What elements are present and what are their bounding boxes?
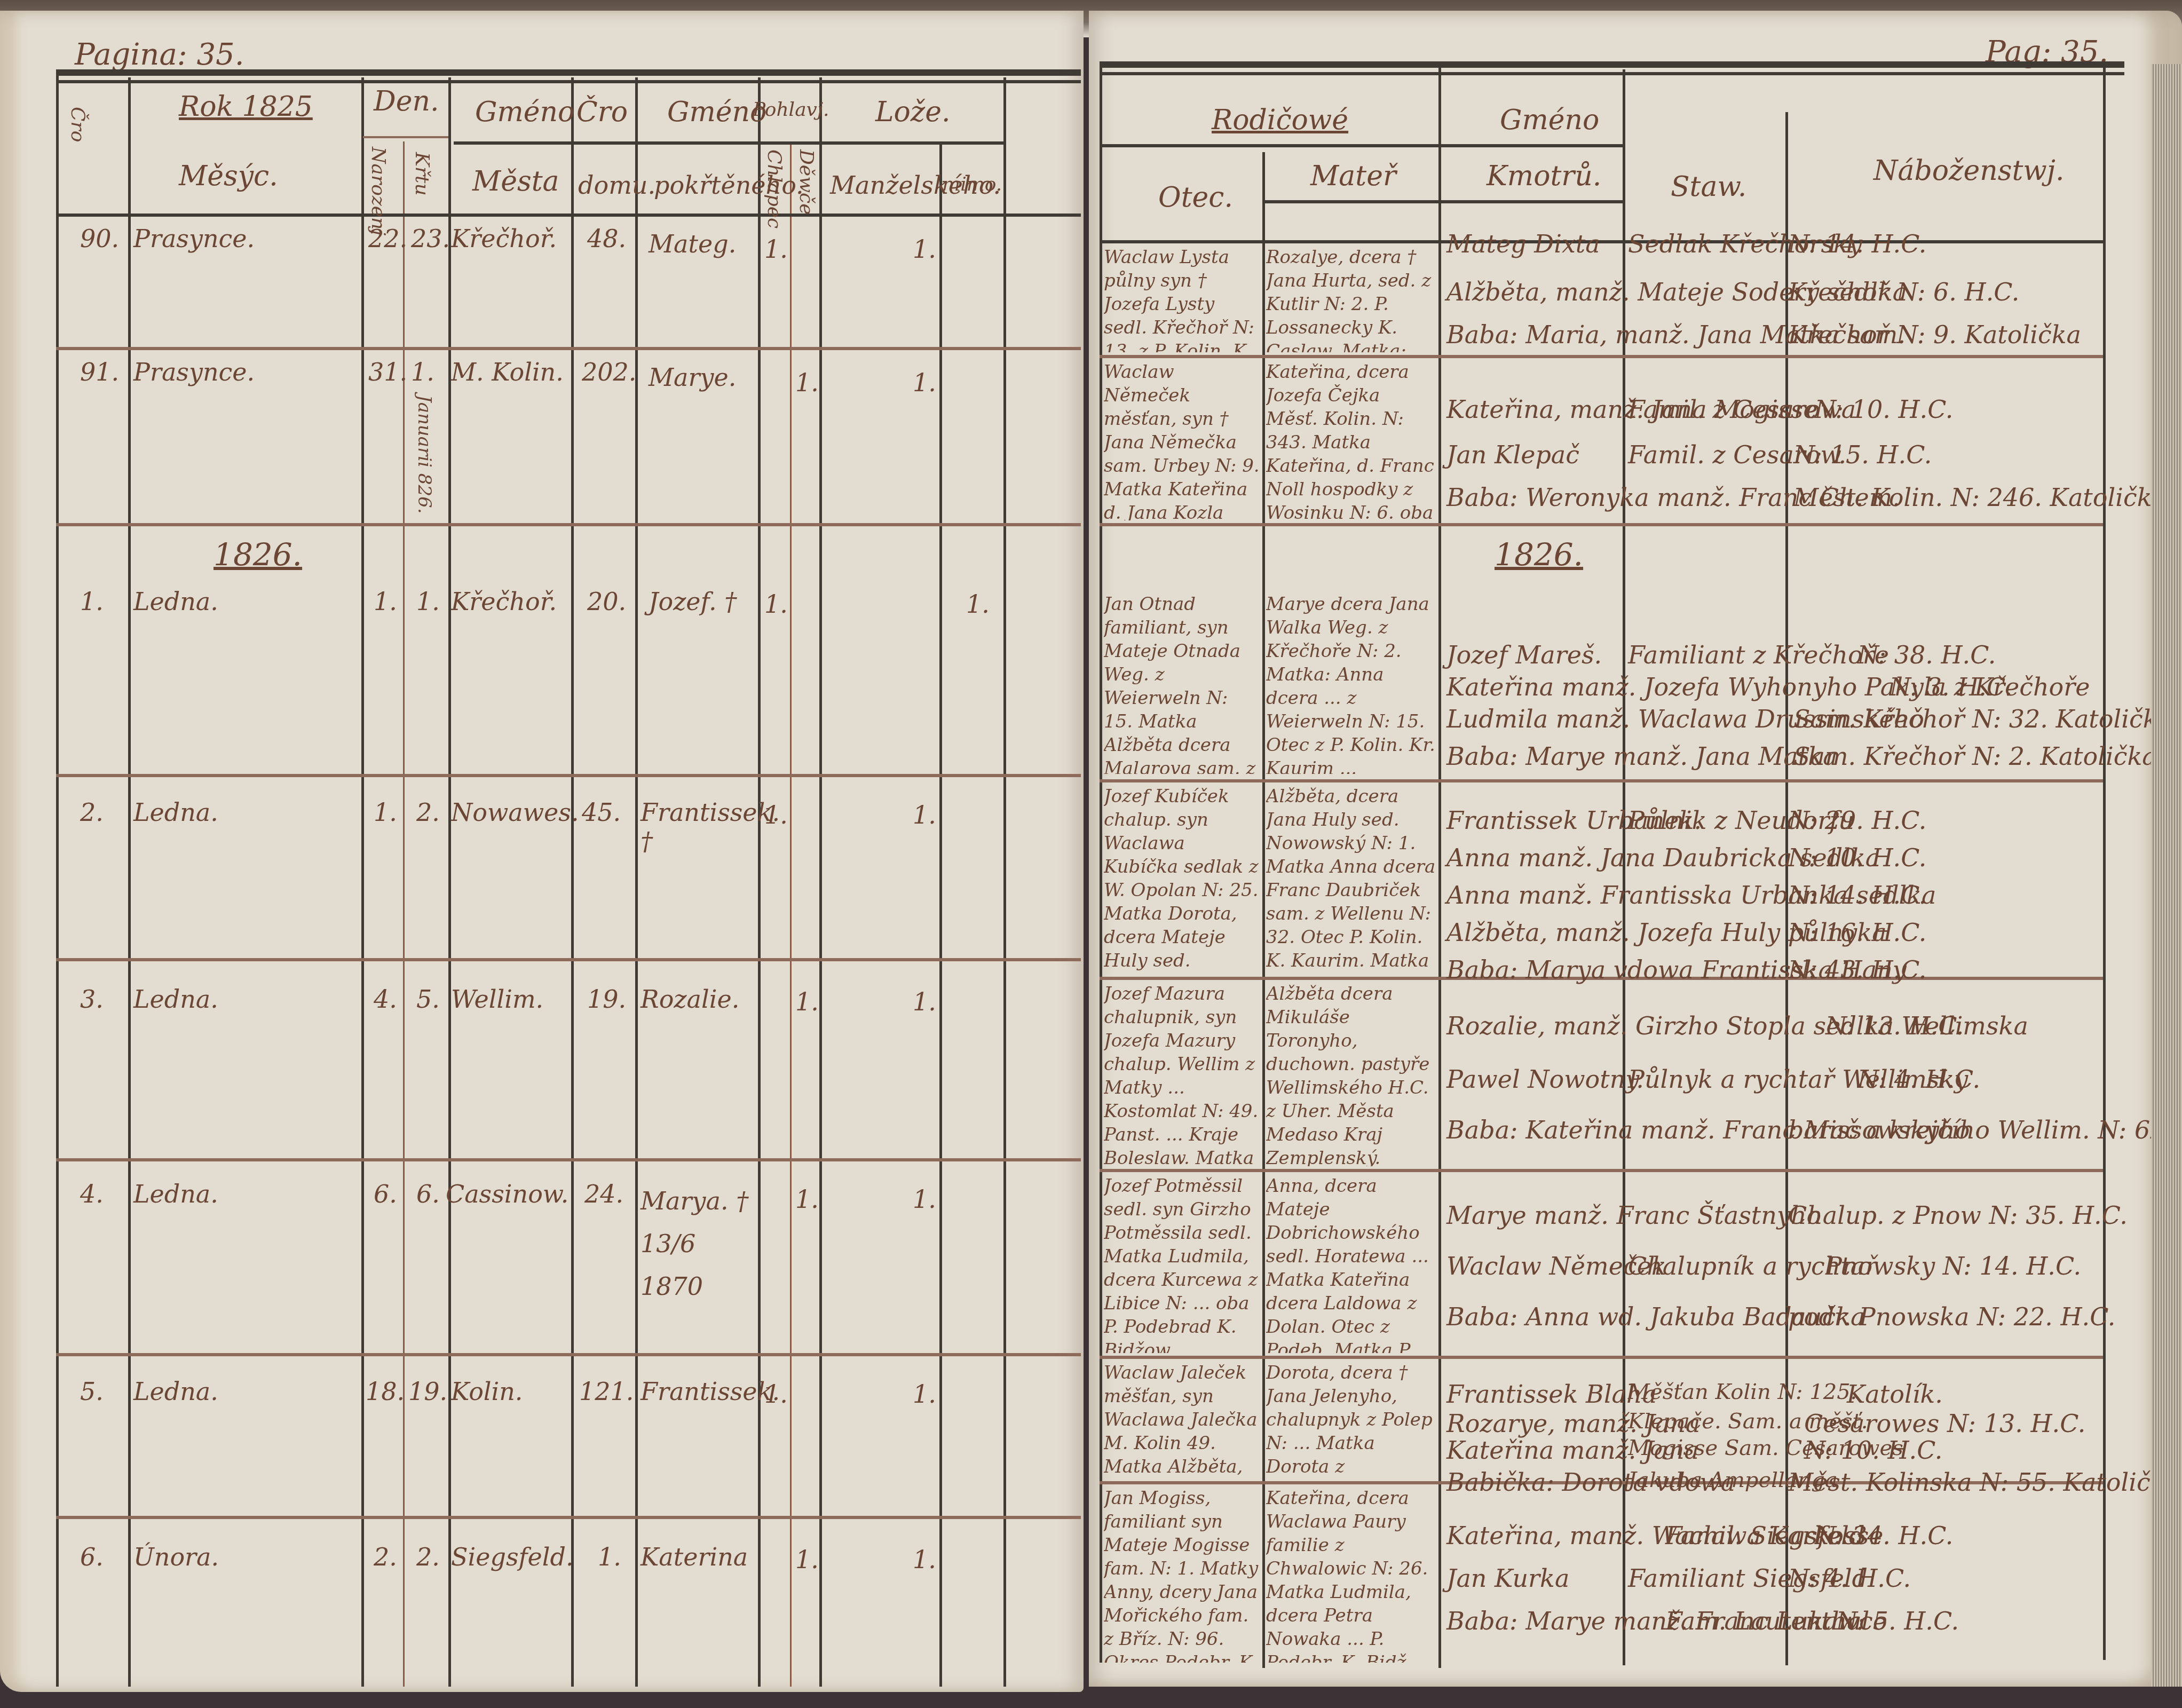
entry-name: Marye. (649, 363, 736, 392)
header-top-rule-2 (1100, 72, 2124, 75)
father-entry: Jan Otnad familiant, syn Mateje Otnada W… (1104, 592, 1261, 774)
entry-baptized: 23. (411, 224, 450, 253)
religion: N: 10. H.C. (1815, 395, 1953, 424)
header-mid-rule-2 (1265, 200, 1623, 203)
entry-number: 91. (80, 358, 119, 386)
godparent: Marye manž. Franc Šťastnyho (1446, 1201, 1821, 1230)
father-entry: Jozef Mazura chalupnik, syn Jozefa Mazur… (1104, 982, 1261, 1166)
header-mater: Mateř (1310, 160, 1396, 192)
header-top-rule-2 (56, 80, 1081, 83)
header-kmotru: Kmotrů. (1487, 160, 1601, 192)
col-rule (128, 77, 131, 1687)
father-entry: Jozef Potměssil sedl. syn Girzho Potměss… (1104, 1174, 1261, 1353)
header-mid-rule (1100, 144, 1623, 147)
year-divider-left: 1826. (214, 536, 302, 573)
mother-entry: Kateřina, dcera Waclawa Paury familie z … (1266, 1486, 1437, 1663)
entry-girl: 1. (795, 1185, 819, 1214)
entry-place: Kolin. (451, 1377, 523, 1406)
godparent: Jan Klepač (1446, 440, 1579, 469)
religion: Křečhoř N: 9. Katolička (1788, 320, 2081, 349)
mother-entry: Dorota, dcera † Jana Jelenyho, chalupnyk… (1266, 1361, 1437, 1478)
col-rule (1438, 61, 1441, 1668)
header-bottom-rule (1100, 240, 2103, 243)
col-rule (1100, 61, 1102, 1663)
mother-entry: Marye dcera Jana Walka Weg. z Křečhoře N… (1266, 592, 1437, 774)
entry-month: Prasynce. (133, 358, 255, 386)
col-rule (571, 77, 574, 1687)
row-rule (1100, 1169, 2103, 1172)
left-page: Pagina: 35. Čro Rok 1825 Měsýc. Den. Nar… (0, 11, 1084, 1692)
col-rule (790, 144, 792, 1687)
row-rule (56, 1353, 1081, 1356)
row-rule (56, 1158, 1081, 1161)
header-mesic: Měsýc. (179, 160, 278, 192)
entry-baptized: 2. (416, 798, 440, 827)
col-rule (56, 69, 59, 1687)
header-mesta: Města (472, 165, 559, 197)
entry-month: Ledna. (133, 798, 218, 827)
header-rodicove: Rodičowé (1212, 104, 1348, 136)
status: Familiant z Křečhoře (1628, 640, 1889, 669)
row-rule (56, 1516, 1081, 1519)
col-rule (819, 77, 822, 1687)
entry-name: Marya. † 13/6 1870 (641, 1180, 758, 1308)
godparent: Baba: Marye manž. Jana Matka (1446, 742, 1838, 771)
entry-month: Ledna. (133, 985, 218, 1014)
mother-entry: Alžběta, dcera Jana Huly sed. Nowowský N… (1266, 785, 1437, 974)
entry-born: 4. (374, 985, 397, 1014)
religion: Měst. Kolinska N: 55. Katolička (1788, 1468, 2180, 1497)
entry-name: Frantissek. † (641, 798, 758, 856)
religion: N: 43. H.C. (1788, 955, 1926, 984)
col-rule (939, 144, 942, 1687)
religion: Pnowsky N: 14. H.C. (1825, 1252, 2081, 1280)
entry-name: Katerina (641, 1543, 748, 1571)
religion: N: 13. H.C. (1825, 1011, 1964, 1040)
row-rule (56, 347, 1081, 350)
entry-born: 1. (374, 798, 397, 827)
religion: N: 14. H.C. (1788, 230, 1926, 258)
entry-baptized: 1. (411, 358, 434, 386)
godparent: Jan Kurka (1446, 1564, 1569, 1593)
header-pohlavi: Pohlavj. (753, 99, 829, 121)
religion: N: 3. H.C. (1890, 673, 2012, 701)
religion: Měst. Kolin. N: 246. Katolička (1793, 483, 2167, 512)
entry-born: 6. (374, 1180, 397, 1208)
header-cislo: Čro (67, 107, 89, 142)
religion: Chalup. z Pnow N: 35. H.C. (1788, 1201, 2128, 1230)
entry-month: Prasynce. (133, 224, 255, 253)
entry-girl: 1. (795, 1545, 819, 1574)
entry-house: 121. (579, 1377, 634, 1406)
entry-boy: 1. (764, 235, 788, 264)
header-jmeno: Gméno (1500, 104, 1599, 136)
religion: N: 29. H.C. (1788, 806, 1926, 835)
entry-house: 1. (598, 1543, 621, 1571)
col-rule (1003, 77, 1006, 1687)
father-entry: Jan Mogiss, familiant syn Mateje Mogisse… (1104, 1486, 1261, 1663)
entry-name: Jozef. † (649, 587, 755, 616)
religion: Křečhoř N: 6. H.C. (1788, 278, 2019, 306)
row-rule (56, 958, 1081, 961)
entry-baptized: 2. (416, 1543, 440, 1571)
father-entry: Waclaw Lysta půlny syn † Jozefa Lysty se… (1104, 246, 1261, 352)
entry-number: 90. (80, 224, 119, 253)
entry-girl: 1. (795, 987, 819, 1016)
entry-legit: 1. (913, 1545, 936, 1574)
entry-legit: 1. (913, 235, 936, 264)
entry-place: Křečhoř. (451, 587, 557, 616)
entry-baptized: 5. (416, 985, 440, 1014)
entry-month: Února. (133, 1543, 219, 1571)
entry-month: Ledna. (133, 587, 218, 616)
entry-legit: 1. (913, 801, 936, 829)
col-rule (361, 77, 364, 1687)
page-number-left: Pagina: 35. (75, 37, 244, 72)
entry-number: 4. (80, 1180, 104, 1208)
entry-born: 1. (374, 587, 397, 616)
religion: N: 38. H.C. (1857, 640, 1996, 669)
header-otec: Otec. (1158, 181, 1233, 213)
religion: Katolík. (1847, 1380, 1943, 1409)
entry-place: Wellim. (451, 985, 543, 1014)
religion: N: 14. H.C. (1788, 881, 1926, 910)
mother-entry: Rozalye, dcera † Jana Hurta, sed. z Kutl… (1266, 246, 1437, 352)
entry-boy: 1. (764, 1380, 788, 1409)
header-top-rule (1100, 61, 2124, 68)
mother-entry: Anna, dcera Mateje Dobrichowského sedl. … (1266, 1174, 1437, 1353)
entry-baptized: 1. (416, 587, 440, 616)
header-chlapec: Chlapec (763, 149, 785, 228)
header-den: Den. (374, 85, 439, 117)
header-den-rule (363, 136, 448, 138)
mother-entry: Alžběta dcera Mikuláše Toronyho, duchown… (1266, 982, 1437, 1166)
header-mid-rule (454, 141, 1003, 145)
godparent: Frantissek Blaha (1446, 1380, 1657, 1409)
header-den-narozeni: Narozenj (367, 147, 389, 235)
entry-girl: 1. (795, 368, 819, 397)
header-rok: Rok 1825 (179, 91, 313, 123)
mother-entry: Kateřina, dcera Jozefa Čejka Měsť. Kolin… (1266, 360, 1437, 520)
entry-month: Ledna. (133, 1377, 218, 1406)
religion: N: 4. H.C. (1857, 1065, 1980, 1094)
entry-born: 2. (374, 1543, 397, 1571)
entry-name: Mateg. (649, 230, 736, 258)
entry-number: 3. (80, 985, 104, 1014)
status: Měšťan Kolin N: 125. (1628, 1380, 1857, 1404)
entry-place: Cassinow. (446, 1180, 568, 1208)
entry-number: 5. (80, 1377, 104, 1406)
header-jmeno-mesta: Gméno (475, 96, 574, 128)
entry-born: 22. (368, 224, 407, 253)
entry-legit: 1. (913, 1380, 936, 1409)
year-divider-right: 1826. (1495, 536, 1583, 573)
religion: N: 34. H.C. (1815, 1521, 1953, 1550)
entry-house: 19. (587, 985, 626, 1014)
godparent: Pawel Nowotny. (1446, 1065, 1644, 1094)
entry-name: Frantissek. (641, 1377, 780, 1406)
col-rule (1262, 152, 1265, 1668)
row-rule (56, 774, 1081, 777)
entry-born: 31. (368, 358, 407, 386)
entry-number: 6. (80, 1543, 104, 1571)
entry-baptized: 19. (408, 1377, 447, 1406)
header-jmeno-pokrtence: Gméno (667, 96, 766, 128)
entry-born: 18. (366, 1377, 405, 1406)
entry-house: 20. (587, 587, 626, 616)
religion: podr. Pnowska N: 22. H.C. (1788, 1302, 2115, 1331)
entry-baptized: 6. (416, 1180, 440, 1208)
father-entry: Waclaw Němeček měsťan, syn † Jana Němečk… (1104, 360, 1261, 520)
religion: Sam. Křečhoř N: 2. Katolička (1793, 742, 2157, 771)
religion: N: 5. H.C. (1836, 1607, 1959, 1635)
religion: Sam. Křečhoř N: 32. Katolička (1793, 705, 2172, 733)
header-devce: Děwče (795, 149, 817, 215)
entry-house: 45. (582, 798, 621, 827)
entry-place: Siegsfeld. (451, 1543, 574, 1571)
entry-legit: 1. (913, 368, 936, 397)
header-top-rule (56, 69, 1081, 76)
entry-note: Januarii 826. (414, 395, 435, 513)
header-stav: Staw. (1671, 171, 1746, 203)
religion: N: 4. H.C. (1788, 1564, 1911, 1593)
right-page: Pag: 35. Rodičowé Gméno Otec. Mateř Kmot… (1089, 11, 2182, 1687)
entry-illegit: 1. (966, 590, 990, 619)
religion: barač a krejčího Wellim. N: 62. H.C. (1788, 1116, 2182, 1144)
page-edge-stack (2151, 64, 2182, 1687)
header-den-krtu: Křtu (411, 152, 433, 196)
col-rule (2103, 64, 2106, 1660)
entry-place: M. Kolin. (451, 358, 564, 386)
col-rule (448, 77, 451, 1687)
entry-month: Ledna. (133, 1180, 218, 1208)
col-rule (635, 77, 638, 1687)
row-rule (1100, 1356, 2103, 1359)
religion: N: 10. H.C. (1804, 1436, 1942, 1465)
father-entry: Jozef Kubíček chalup. syn Waclawa Kubíčk… (1104, 785, 1261, 974)
header-loze: Lože. (875, 96, 951, 128)
godparent: Jozef Mareš. (1446, 640, 1602, 669)
entry-house: 24. (584, 1180, 623, 1208)
entry-legit: 1. (913, 1185, 936, 1214)
godparent: Mateg Dixta (1446, 230, 1600, 258)
header-mimo: mimo. (942, 173, 1002, 195)
religion: N: 10. H.C. (1788, 843, 1926, 872)
header-cislo-domu: Čro (576, 96, 628, 128)
header-nabozenstvi: Náboženstwj. (1873, 155, 2065, 187)
entry-house: 202. (582, 358, 636, 386)
header-bottom-rule (56, 213, 1081, 217)
entry-boy: 1. (764, 590, 788, 619)
entry-place: Křečhoř. (451, 224, 557, 253)
col-rule (758, 77, 761, 1687)
religion: N: 15. H.C. (1793, 440, 1932, 469)
header-domu: domu. (578, 171, 655, 200)
entry-number: 1. (80, 587, 104, 616)
religion: Cesarowes N: 13. H.C. (1804, 1409, 2085, 1438)
row-rule (1100, 779, 2103, 782)
entry-house: 48. (587, 224, 626, 253)
religion: N: 16. H.C. (1788, 918, 1926, 947)
row-rule (1100, 355, 2103, 358)
entry-legit: 1. (913, 987, 936, 1016)
row-rule (56, 523, 1081, 526)
row-rule (1100, 523, 2103, 526)
entry-name: Rozalie. (641, 985, 739, 1014)
entry-boy: 1. (764, 801, 788, 829)
entry-place: Nowawes. (451, 798, 579, 827)
father-entry: Waclaw Jaleček měšťan, syn Waclawa Jaleč… (1104, 1361, 1261, 1478)
entry-number: 2. (80, 798, 104, 827)
